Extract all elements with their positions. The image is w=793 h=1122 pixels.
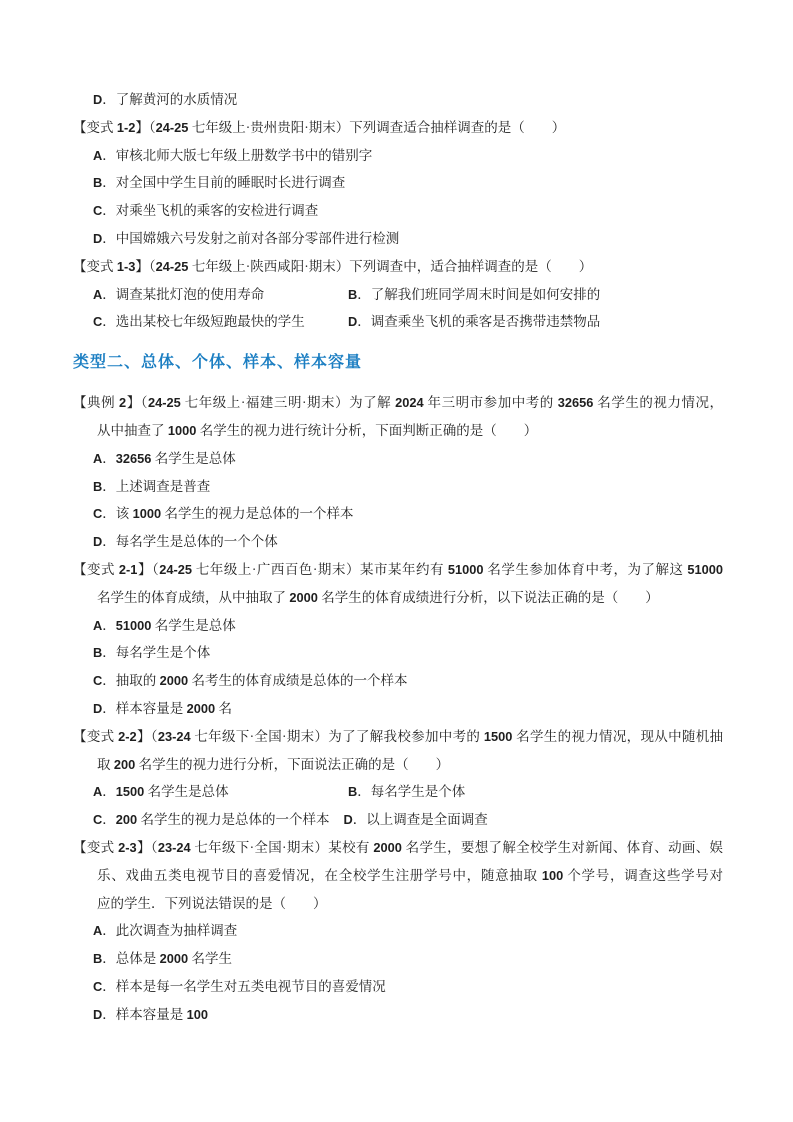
option: D．了解黄河的水质情况	[73, 86, 723, 114]
worksheet-page: D．了解黄河的水质情况【变式 1-2】（24-25 七年级上·贵州贵阳·期末）下…	[0, 0, 793, 1122]
option: A．51000 名学生是总体	[73, 612, 723, 640]
option: D．以上调查是全面调查	[344, 806, 488, 834]
option: B．上述调查是普查	[73, 473, 723, 501]
option: C．选出某校七年级短跑最快的学生	[93, 308, 348, 336]
option: C．200 名学生的视力是总体的一个样本	[93, 806, 330, 834]
option: D．每名学生是总体的一个个体	[73, 528, 723, 556]
option: A．32656 名学生是总体	[73, 445, 723, 473]
option-row: A．1500 名学生是总体B．每名学生是个体	[73, 778, 723, 806]
option: C．对乘坐飞机的乘客的安检进行调查	[73, 197, 723, 225]
option: B．总体是 2000 名学生	[73, 945, 723, 973]
worksheet-body: D．了解黄河的水质情况【变式 1-2】（24-25 七年级上·贵州贵阳·期末）下…	[73, 86, 723, 1029]
question-text: 乐、戏曲五类电视节目的喜爱情况，在全校学生注册学号中，随意抽取 100 个学号，…	[73, 862, 723, 890]
question-text: 【变式 1-3】（24-25 七年级上·陕西咸阳·期末）下列调查中，适合抽样调查…	[73, 253, 723, 281]
question-text: 取 200 名学生的视力进行分析，下面说法正确的是（ ）	[73, 751, 723, 779]
option: C．该 1000 名学生的视力是总体的一个样本	[73, 500, 723, 528]
option: A．调查某批灯泡的使用寿命	[93, 281, 348, 309]
option: A．1500 名学生是总体	[93, 778, 348, 806]
option: A．审核北师大版七年级上册数学书中的错别字	[73, 142, 723, 170]
option: B．每名学生是个体	[348, 778, 465, 806]
option: D．调查乘坐飞机的乘客是否携带违禁物品	[348, 308, 600, 336]
option: B．对全国中学生目前的睡眠时长进行调查	[73, 169, 723, 197]
option: D．中国嫦娥六号发射之前对各部分零部件进行检测	[73, 225, 723, 253]
question-text: 从中抽查了 1000 名学生的视力进行统计分析，下面判断正确的是（ ）	[73, 417, 723, 445]
question-text: 【变式 1-2】（24-25 七年级上·贵州贵阳·期末）下列调查适合抽样调查的是…	[73, 114, 723, 142]
question-text: 【变式 2-2】（23-24 七年级下·全国·期末）为了了解我校参加中考的 15…	[73, 723, 723, 751]
option: B．每名学生是个体	[73, 639, 723, 667]
section-heading: 类型二、总体、个体、样本、样本容量	[73, 349, 723, 377]
question-text: 应的学生．下列说法错误的是（ ）	[73, 890, 723, 918]
option: C．样本是每一名学生对五类电视节目的喜爱情况	[73, 973, 723, 1001]
option-row: C．200 名学生的视力是总体的一个样本D．以上调查是全面调查	[73, 806, 723, 834]
option-row: C．选出某校七年级短跑最快的学生D．调查乘坐飞机的乘客是否携带违禁物品	[73, 308, 723, 336]
option: C．抽取的 2000 名考生的体育成绩是总体的一个样本	[73, 667, 723, 695]
question-text: 【变式 2-1】（24-25 七年级上·广西百色·期末）某市某年约有 51000…	[73, 556, 723, 584]
option: A．此次调查为抽样调查	[73, 917, 723, 945]
option: D．样本容量是 100	[73, 1001, 723, 1029]
question-text: 【变式 2-3】（23-24 七年级下·全国·期末）某校有 2000 名学生，要…	[73, 834, 723, 862]
option: D．样本容量是 2000 名	[73, 695, 723, 723]
question-text: 【典例 2】（24-25 七年级上·福建三明·期末）为了解 2024 年三明市参…	[73, 389, 723, 417]
option: B．了解我们班同学周末时间是如何安排的	[348, 281, 600, 309]
option-row: A．调查某批灯泡的使用寿命B．了解我们班同学周末时间是如何安排的	[73, 281, 723, 309]
question-text: 名学生的体育成绩，从中抽取了 2000 名学生的体育成绩进行分析，以下说法正确的…	[73, 584, 723, 612]
